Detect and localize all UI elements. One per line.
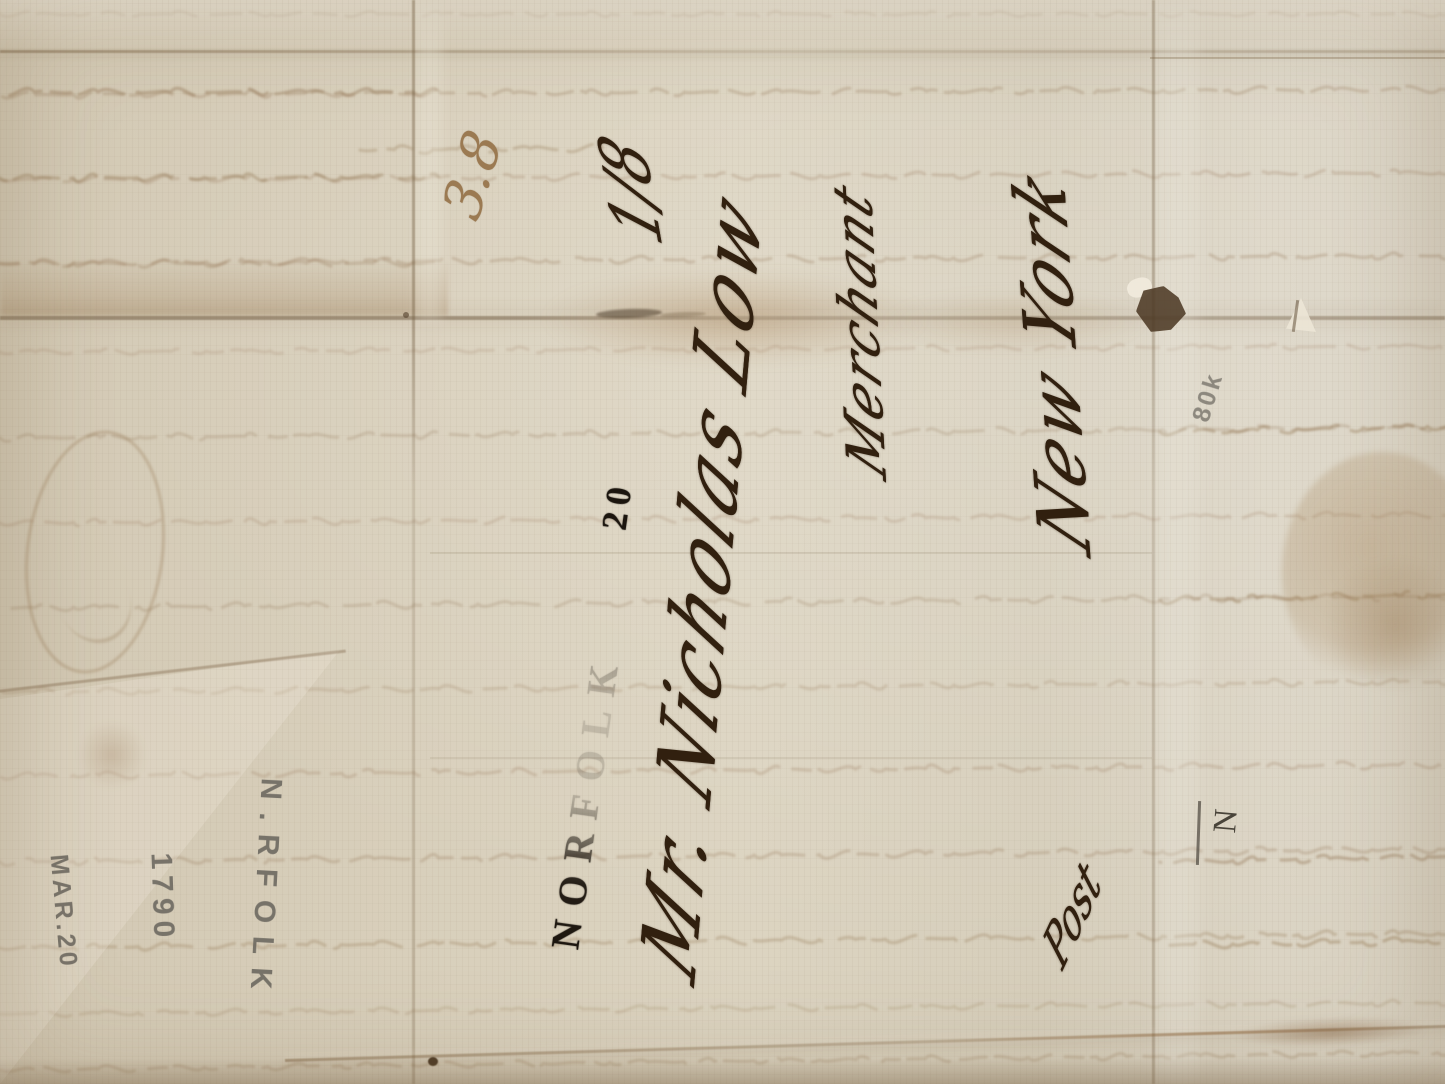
- folded-letter-photo: 3.8 1/8 Mr. Nicholas Low Merchant New Yo…: [0, 0, 1445, 1084]
- ghost-writing-layer: [0, 0, 1445, 1084]
